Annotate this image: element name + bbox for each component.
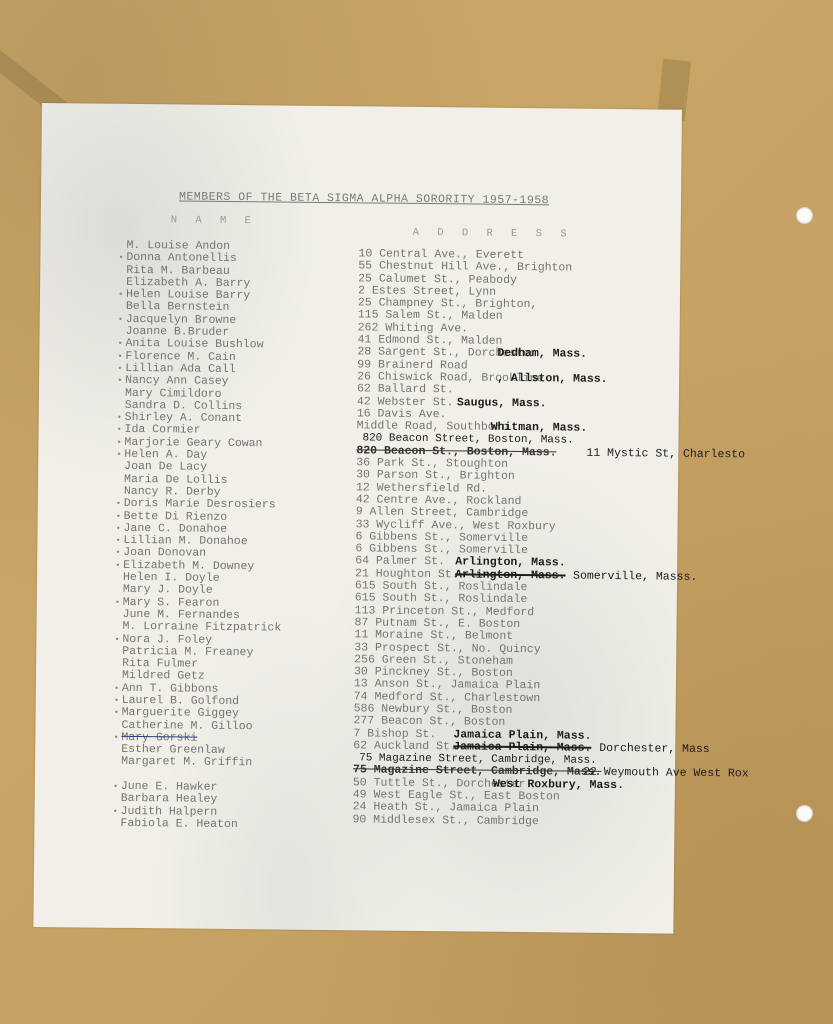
- check-mark: •: [115, 560, 121, 572]
- binder-hole: [796, 207, 813, 224]
- check-mark: •: [115, 547, 121, 559]
- check-mark: •: [117, 412, 123, 424]
- typed-sheet: MEMBERS OF THE BETA SIGMA ALPHA SORORITY…: [33, 103, 682, 934]
- binder-hole: [796, 805, 813, 822]
- member-address-text: Middle Road, Southboro: [357, 419, 509, 434]
- member-address: 90 Middlesex St., Cambridge: [352, 814, 601, 829]
- typed-correction: Dedham, Mass.: [497, 348, 587, 361]
- member-address-text: 90 Middlesex St., Cambridge: [352, 813, 538, 828]
- check-mark: •: [117, 375, 123, 387]
- check-mark: •: [113, 732, 119, 744]
- check-mark: •: [115, 523, 121, 535]
- check-mark: •: [118, 252, 124, 264]
- addresses-list: 10 Central Ave., Everett55 Chestnut Hill…: [352, 248, 606, 829]
- document-title: MEMBERS OF THE BETA SIGMA ALPHA SORORITY…: [179, 190, 549, 207]
- check-mark: •: [113, 781, 119, 793]
- check-mark: •: [114, 707, 120, 719]
- check-mark: •: [114, 633, 120, 645]
- member-name: Fabiola E. Heaton: [120, 818, 279, 832]
- check-mark: •: [115, 596, 121, 608]
- typed-correction: Whitman, Mass.: [491, 422, 588, 435]
- check-mark: •: [118, 314, 124, 326]
- check-mark: •: [117, 424, 123, 436]
- check-mark: •: [117, 350, 123, 362]
- check-mark: •: [116, 498, 122, 510]
- check-mark: •: [116, 449, 122, 461]
- check-mark: •: [115, 535, 121, 547]
- check-mark: •: [116, 510, 122, 522]
- member-name-text: Fabiola E. Heaton: [120, 817, 237, 831]
- typed-correction: 11 Mystic St, Charlesto: [586, 447, 745, 461]
- typed-correction: , Allston, Mass.: [497, 373, 608, 386]
- check-mark: •: [114, 682, 120, 694]
- typed-correction: Dorchester, Mass: [599, 743, 710, 756]
- check-mark: •: [116, 437, 122, 449]
- check-mark: •: [114, 695, 120, 707]
- check-mark: •: [113, 805, 119, 817]
- names-list: M. Louise Andon•Donna AntonellisRita M. …: [120, 240, 285, 832]
- name-column-header: N A M E: [171, 214, 257, 227]
- member-address-text: 62 Auckland St.: [353, 739, 457, 753]
- address-column-header: A D D R E S S: [413, 227, 573, 241]
- typed-correction: Saugus, Mass.: [457, 397, 547, 410]
- check-mark: •: [117, 338, 123, 350]
- check-mark: •: [118, 289, 124, 301]
- check-mark: •: [117, 363, 123, 375]
- member-name-text: Margaret M. Griffin: [121, 755, 252, 769]
